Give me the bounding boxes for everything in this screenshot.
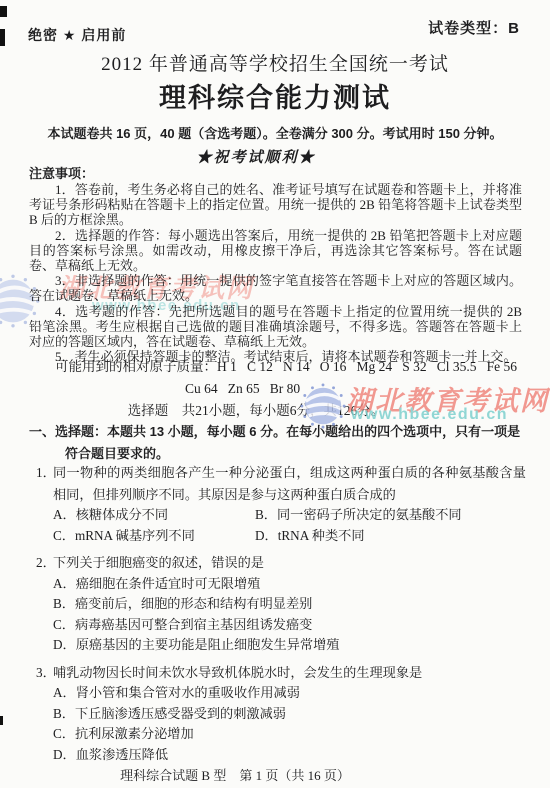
paper-info-line: 本试题卷共 16 页，40 题（含选考题）。全卷满分 300 分。考试用时 15… [0, 123, 550, 142]
question-stem: 下列关于细胞癌变的叙述，错误的是 [53, 552, 526, 574]
section-one-heading: 一、选择题：本题共 13 小题，每小题 6 分。在每小题给出的四个选项中，只有一… [29, 421, 526, 465]
notice-item: 3．非选择题的作答：用统一提供的签字笔直接答在答题卡上对应的答题区域内。答在试题… [29, 273, 522, 303]
scan-artifact [0, 716, 3, 725]
option-a: A．癌细胞在条件适宜时可无限增殖 [53, 574, 526, 595]
notice-item: 1．答卷前，考生务必将自己的姓名、准考证号填写在试题卷和答题卡上，并将准考证号条… [29, 182, 522, 228]
atomic-masses-line1: 可能用到的相对原子质量：H 1 C 12 N 14 O 16 Mg 24 S 3… [55, 356, 529, 378]
scan-artifact [0, 6, 7, 17]
option-d: D．血浆渗透压降低 [53, 745, 526, 766]
paper-type-label: 试卷类型：B [428, 17, 520, 38]
option-d: D．原癌基因的主要功能是阻止细胞发生异常增殖 [53, 635, 526, 656]
option-c: C．病毒癌基因可整合到宿主基因组诱发癌变 [53, 615, 526, 636]
classification-label: 绝密 ★ 启用前 [28, 25, 126, 45]
notices-heading: 注意事项： [29, 166, 522, 182]
question-number: 3． [36, 662, 56, 684]
exam-paper-page: 湖北教育考试网 www.hbee.edu.cn 湖北教育考试网 www.hbee… [0, 0, 550, 788]
option-a: A．核糖体成分不同 [53, 505, 255, 526]
exam-wish-line: ★祝考试顺利★ [0, 146, 550, 167]
subject-title: 理科综合能力测试 [0, 76, 550, 115]
atomic-masses: 可能用到的相对原子质量：H 1 C 12 N 14 O 16 Mg 24 S 3… [29, 356, 529, 400]
question-2: 2． 下列关于细胞癌变的叙述，错误的是 A．癌细胞在条件适宜时可无限增殖 B．癌… [29, 552, 526, 656]
question-stem: 哺乳动物因长时间未饮水导致机体脱水时，会发生的生理现象是 [53, 662, 526, 684]
question-number: 1． [36, 462, 56, 484]
notices-section: 注意事项： 1．答卷前，考生务必将自己的姓名、准考证号填写在试题卷和答题卡上，并… [29, 166, 522, 364]
option-c: C．抗利尿激素分泌增加 [53, 724, 526, 745]
question-3: 3． 哺乳动物因长时间未饮水导致机体脱水时，会发生的生理现象是 A．肾小管和集合… [29, 662, 526, 766]
questions-list: 1． 同一物种的两类细胞各产生一种分泌蛋白，组成这两种蛋白质的各种氨基酸含量相同… [29, 462, 526, 771]
atomic-masses-line2: Cu 64 Zn 65 Br 80 [185, 378, 529, 400]
question-1: 1． 同一物种的两类细胞各产生一种分泌蛋白，组成这两种蛋白质的各种氨基酸含量相同… [29, 462, 526, 546]
question-number: 2． [36, 552, 56, 574]
option-d: D．tRNA 种类不同 [255, 526, 526, 547]
notice-item: 4．选考题的作答：先把所选题目的题号在答题卡上指定的位置用统一提供的 2B 铅笔… [29, 304, 522, 350]
choice-section-header: 选择题 共21小题，每小题6分，共126分。 [0, 399, 550, 419]
question-stem: 同一物种的两类细胞各产生一种分泌蛋白，组成这两种蛋白质的各种氨基酸含量相同，但排… [53, 462, 526, 505]
exam-title: 2012 年普通高等学校招生全国统一考试 [0, 49, 550, 76]
option-b: B．癌变前后，细胞的形态和结构有明显差别 [53, 594, 526, 615]
option-b: B．同一密码子所决定的氨基酸不同 [255, 505, 526, 526]
option-a: A．肾小管和集合管对水的重吸收作用减弱 [53, 683, 526, 704]
options-grid: A．核糖体成分不同 B．同一密码子所决定的氨基酸不同 C．mRNA 碱基序列不同… [53, 505, 526, 546]
notice-item: 2．选择题的作答：每小题选出答案后，用统一提供的 2B 铅笔把答题卡上对应题目的… [29, 228, 522, 274]
scan-artifact [0, 29, 5, 46]
option-c: C．mRNA 碱基序列不同 [53, 526, 255, 547]
option-b: B．下丘脑渗透压感受器受到的刺激减弱 [53, 704, 526, 725]
